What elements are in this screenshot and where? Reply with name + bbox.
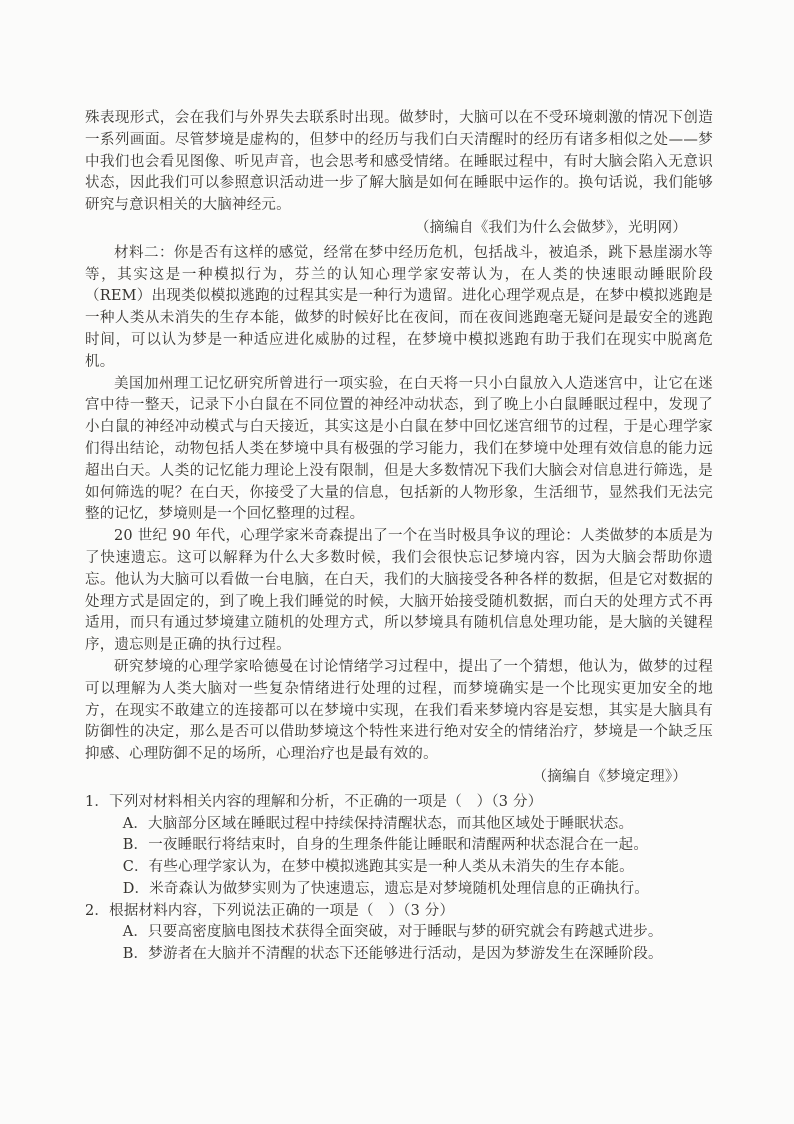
source-attribution: （摘编自《梦境定理》） [85, 767, 713, 789]
body-paragraph: 殊表现形式，会在我们与外界失去联系时出现。做梦时，大脑可以在不受环境刺激的情况下… [85, 108, 713, 217]
body-paragraph-emotion: 研究梦境的心理学家哈德曼在讨论情绪学习过程中，提出了一个猜想，他认为，做梦的过程… [85, 657, 713, 766]
body-paragraph-theory: 20 世纪 90 年代，心理学家米奇森提出了一个在当时极具争议的理论：人类做梦的… [85, 526, 713, 657]
passage-content: 殊表现形式，会在我们与外界失去联系时出现。做梦时，大脑可以在不受环境刺激的情况下… [85, 108, 713, 966]
question-option-a: A．大脑部分区域在睡眠过程中持续保持清醒状态，而其他区域处于睡眠状态。 [85, 814, 713, 836]
question-1: 1．下列对材料相关内容的理解和分析，不正确的一项是（ ）（3 分） A．大脑部分… [85, 792, 713, 901]
question-option-b: B．梦游者在大脑并不清醒的状态下还能够进行活动，是因为梦游发生在深睡阶段。 [85, 944, 713, 966]
question-option-b: B．一夜睡眠行将结束时，自身的生理条件能让睡眠和清醒两种状态混合在一起。 [85, 835, 713, 857]
question-option-d: D．米奇森认为做梦实则为了快速遗忘，遗忘是对梦境随机处理信息的正确执行。 [85, 879, 713, 901]
document-page: 殊表现形式，会在我们与外界失去联系时出现。做梦时，大脑可以在不受环境刺激的情况下… [0, 0, 794, 1124]
question-2: 2．根据材料内容，下列说法正确的一项是（ ）（3 分） A．只要高密度脑电图技术… [85, 901, 713, 966]
question-stem: 1．下列对材料相关内容的理解和分析，不正确的一项是（ ）（3 分） [85, 792, 713, 814]
body-paragraph-experiment: 美国加州理工记忆研究所曾进行一项实验，在白天将一只小白鼠放入人造迷宫中，让它在迷… [85, 374, 713, 527]
body-paragraph-material-2: 材料二：你是否有这样的感觉，经常在梦中经历危机，包括战斗，被追杀，跳下悬崖溺水等… [85, 243, 713, 374]
question-stem: 2．根据材料内容，下列说法正确的一项是（ ）（3 分） [85, 901, 713, 923]
question-option-a: A．只要高密度脑电图技术获得全面突破，对于睡眠与梦的研究就会有跨越式进步。 [85, 922, 713, 944]
question-option-c: C．有些心理学家认为，在梦中模拟逃跑其实是一种人类从未消失的生存本能。 [85, 857, 713, 879]
source-attribution: （摘编自《我们为什么会做梦》，光明网） [85, 218, 713, 240]
